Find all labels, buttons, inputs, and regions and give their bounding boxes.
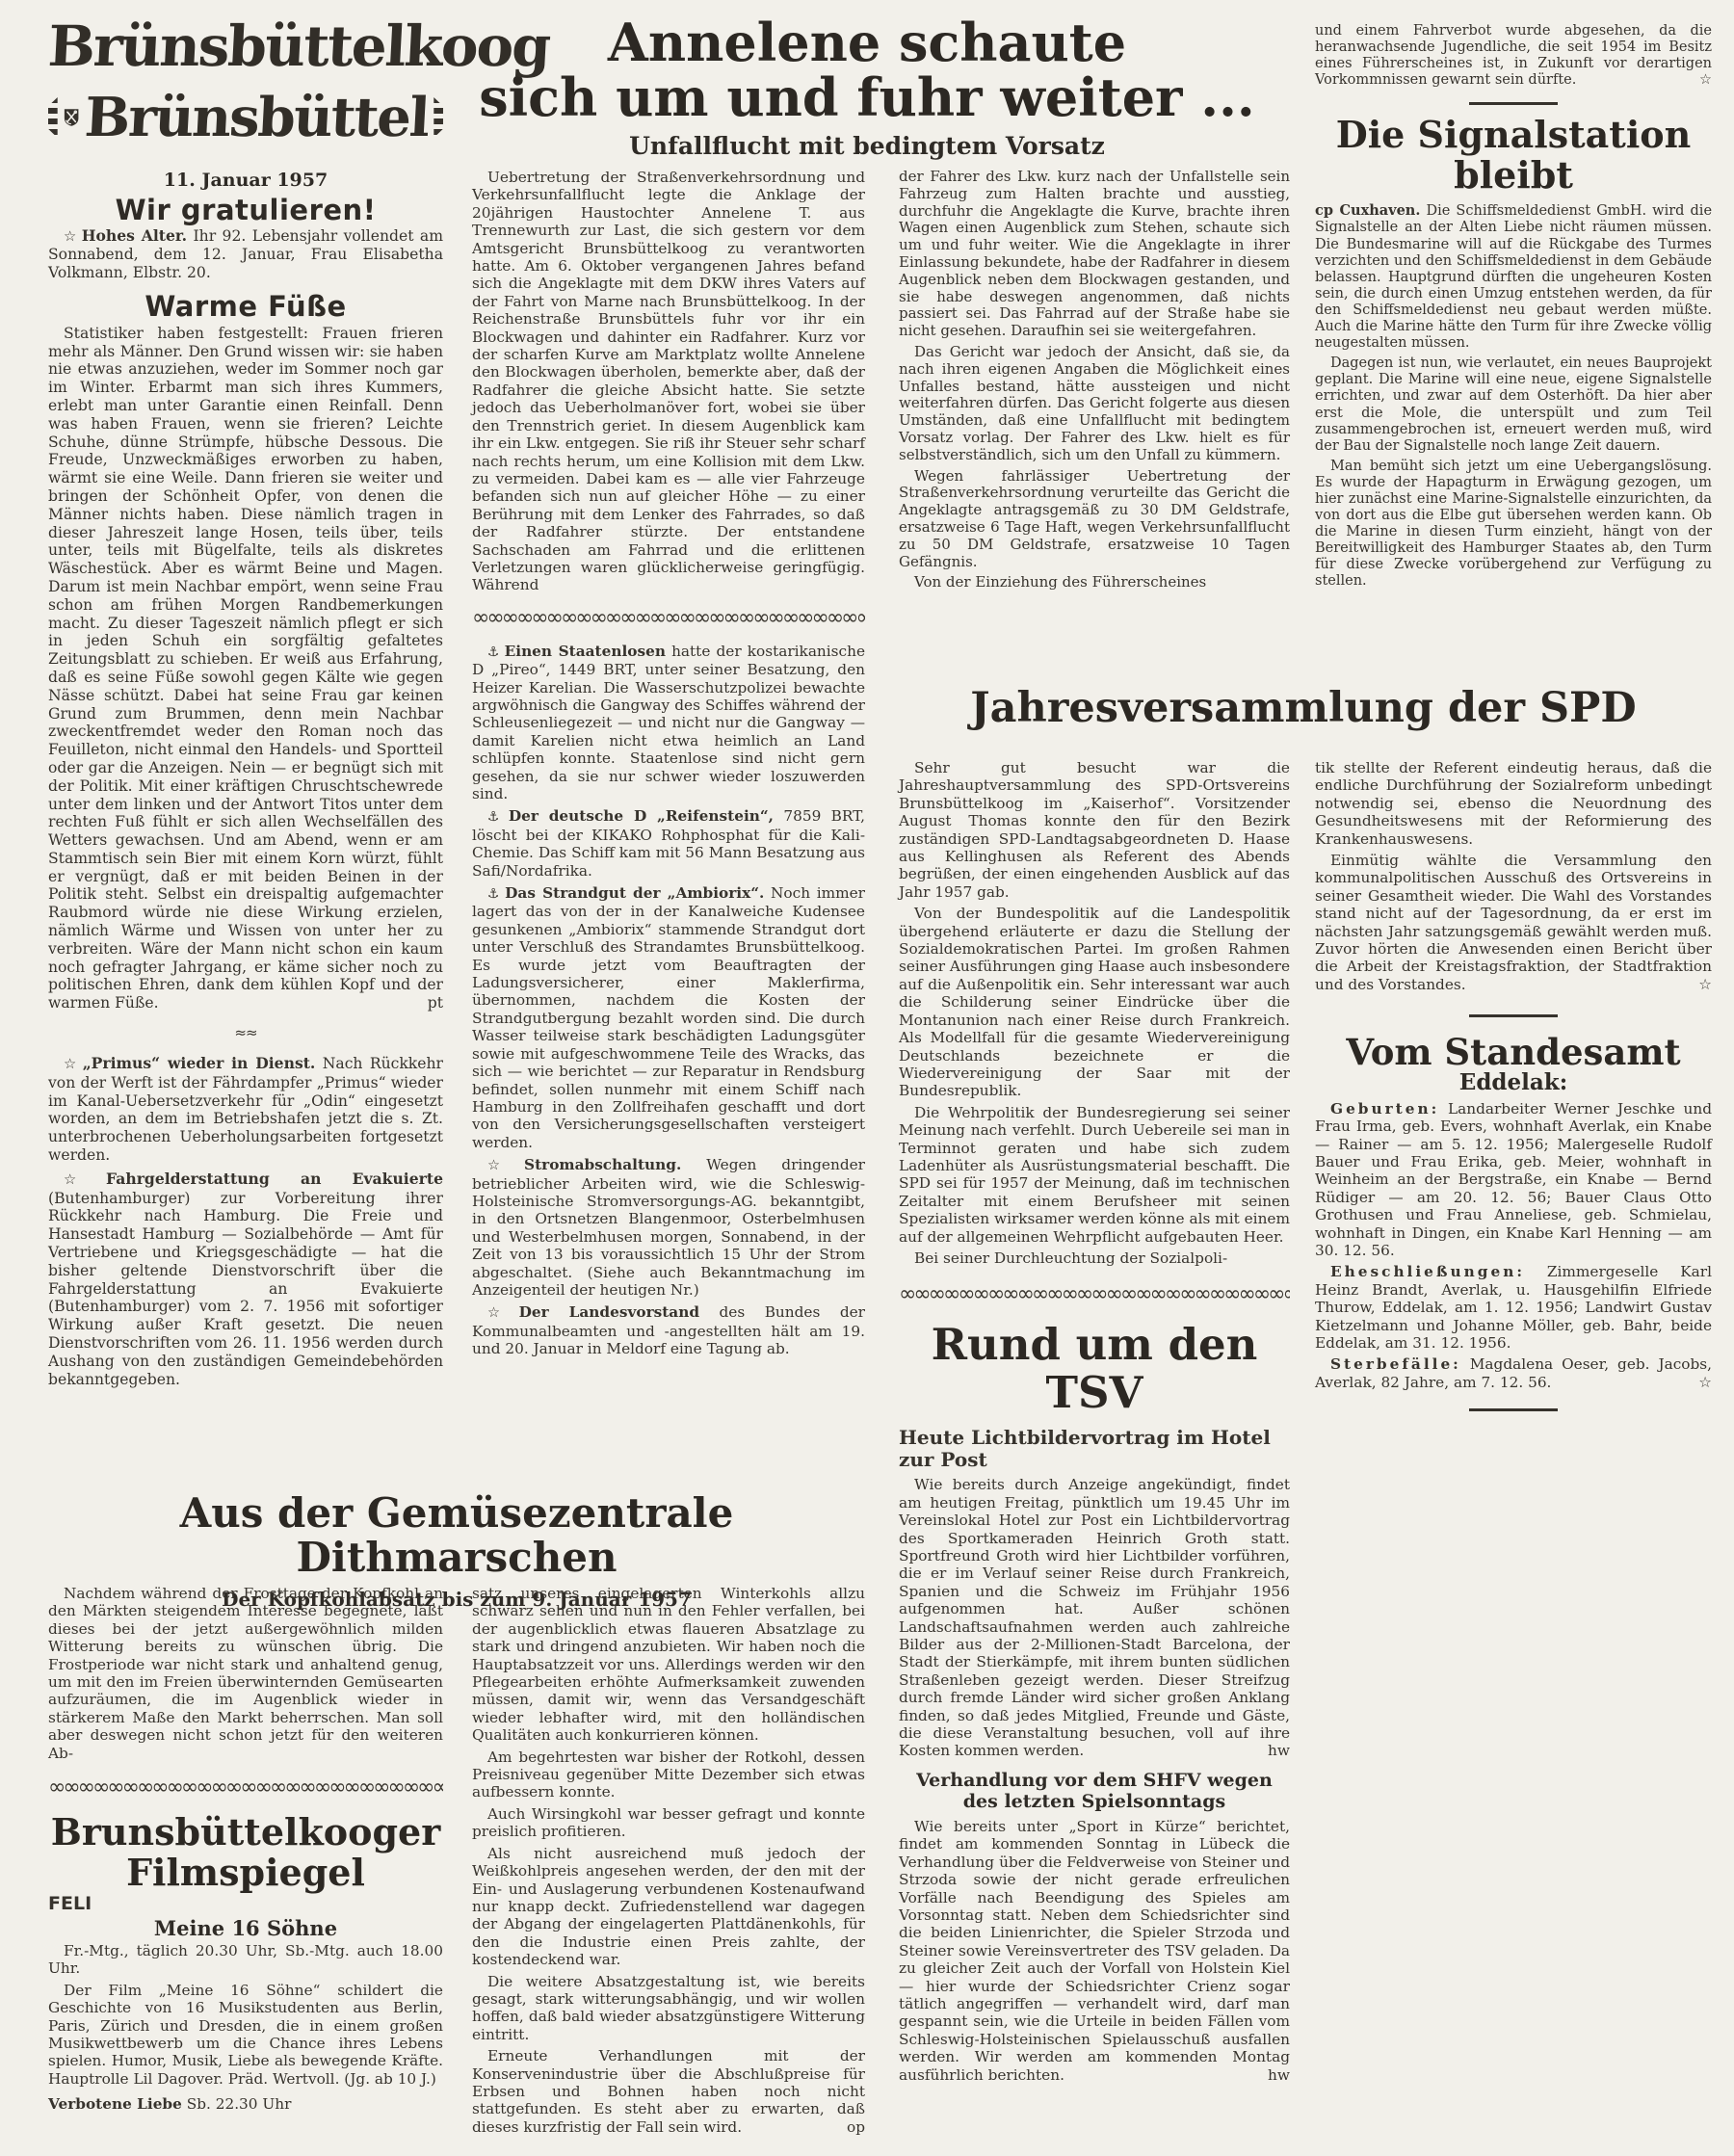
verdict-continuation-text: und einem Fahrverbot wurde abgesehen, da… [1315,23,1712,88]
tsv-article-1-signature: hw [1243,1742,1290,1759]
local-note-item: ☆Der Landesvorstand des Bundes der Kommu… [472,1303,865,1357]
ship-news-item: ⚓Das Strandgut der „Ambiorix“. Noch imme… [472,884,865,1151]
deaths-paragraph: Sterbefälle: Magdalena Oeser, geb. Jacob… [1315,1355,1712,1391]
main-headline-line2: sich um und fuhr weiter ... [443,70,1291,125]
speedline-right-decoration [433,97,443,138]
spd-col4-para: tik stellte der Referent eindeutig herau… [1315,759,1712,848]
gratulieren-heading: Wir gratulieren! [48,201,443,220]
spd-col3-para: Bei seiner Durchleuchtung der Sozialpoli… [899,1249,1290,1267]
deaths-label: Sterbefälle: [1330,1355,1461,1373]
rope-ornament-divider [899,1284,1290,1305]
gemuese-col2-last-text: Erneute Verhandlungen mit der Konserveni… [472,2047,865,2136]
film-footer-time: Sb. 22.30 Uhr [187,2095,292,2113]
gemuese-col2-para: Am begehrtesten war bisher der Rotkohl, … [472,1748,865,1801]
warme-fuesse-article: Statistiker haben festgestellt: Frauen f… [48,325,443,1012]
short-rule-divider [1469,1014,1558,1017]
fahrgeld-item: ☆Fahrgelderstattung an Evakuierte (Buten… [48,1170,443,1389]
births-text: Landarbeiter Werner Jeschke und Frau Irm… [1315,1100,1712,1259]
star-icon: ☆ [1683,1374,1712,1391]
tsv-article-1-text: Wie bereits durch Anzeige angekündigt, f… [899,1476,1290,1759]
ship-item-lead: Das Strandgut der „Ambiorix“. [505,884,764,902]
column-4-lower: tik stellte der Referent eindeutig herau… [1315,759,1712,1411]
warme-fuesse-heading: Warme Füße [48,298,443,316]
spd-section-heading: Jahresversammlung der SPD [899,686,1708,730]
newspaper-page: { "colors":{"paper":"#f2f0ea","ink":"#37… [0,0,1734,2156]
main-headline-block: Annelene schaute sich um und fuhr weiter… [443,15,1291,160]
accident-col3-para: Von der Einziehung des Führerscheines [899,574,1290,592]
accident-col3-para: der Fahrer des Lkw. kurz nach der Unfall… [899,169,1290,340]
tsv-article-2-text: Wie bereits unter „Sport in Kürze“ beric… [899,1818,1290,2084]
star-icon: ☆ [1683,976,1712,993]
gratulieren-item: ☆Hohes Alter. Ihr 92. Lebensjahr vollend… [48,227,443,282]
signalstation-dateline: cp Cuxhaven. [1315,202,1420,219]
squiggle-divider [48,1026,443,1039]
marriages-label: Eheschließungen: [1330,1263,1525,1280]
gemuese-col2-para: Die weitere Absatzgestaltung ist, wie be… [472,1973,865,2044]
short-rule-divider [1469,102,1558,105]
gemuese-col2-para: Auch Wirsingkohl war besser gefragt und … [472,1805,865,1841]
ship-anchor-icon: ⚓ [487,886,505,902]
ship-news-item: ⚓Einen Staatenlosen hatte der kostarikan… [472,643,865,803]
tsv-article-2-signature: hw [1243,2066,1290,2084]
short-rule-divider [1469,1408,1558,1411]
star-icon: ☆ [64,1056,83,1072]
accident-col3-para: Wegen fahrlässiger Uebertretung der Stra… [899,468,1290,571]
signalstation-para: Man bemüht sich jetzt um eine Uebergangs… [1315,459,1712,591]
ship-item-lead: Der deutsche D „Reifenstein“, [509,807,774,825]
marriages-paragraph: Eheschließungen: Zimmergeselle Karl Hein… [1315,1263,1712,1352]
film-footer-line: Verbotene Liebe Sb. 22.30 Uhr [48,2095,443,2113]
star-icon: ☆ [64,228,82,245]
signalstation-para: Dagegen ist nun, wie verlautet, ein neue… [1315,355,1712,455]
signalstation-heading: Die Signalstation bleibt [1315,115,1712,196]
warme-fuesse-text: Statistiker haben festgestellt: Frauen f… [48,325,443,1012]
column-2-lower: satz unseres eingelagerten Winterkohls a… [472,1585,865,2136]
speedline-left-decoration [48,97,58,138]
main-headline-line1: Annelene schaute [443,15,1291,70]
tsv-article-2: Wie bereits unter „Sport in Kürze“ beric… [899,1818,1290,2084]
star-icon: ☆ [487,1158,524,1173]
film-schedule: Fr.-Mtg., täglich 20.30 Uhr, Sb.-Mtg. au… [48,1942,443,1978]
column-1-upper: Brünsbüttelkoog Brünsbüttel 11. Januar 1… [48,17,443,1388]
filmspiegel-heading: Brunsbüttelkooger Filmspiegel [48,1812,443,1893]
accident-col3-para: Das Gericht war jedoch der Ansicht, daß … [899,344,1290,464]
note-lead: Der Landesvorstand [519,1303,699,1321]
column-4-upper: und einem Fahrverbot wurde abgesehen, da… [1315,23,1712,591]
spd-col3-para: Von der Bundespolitik auf die Landespoli… [899,905,1290,1099]
gemuese-col2-para: Erneute Verhandlungen mit der Konserveni… [472,2047,865,2136]
column-2-upper: Uebertretung der Straßenverkehrsordnung … [472,169,865,1358]
star-icon: ☆ [64,1171,106,1188]
film-title: Meine 16 Söhne [48,1920,443,1937]
spd-col3-para: Sehr gut besucht war die Jahreshauptvers… [899,759,1290,901]
signalstation-para-text: Die Schiffsmeldedienst GmbH. wird die Si… [1315,203,1712,351]
rope-ornament-divider [48,1777,443,1799]
standesamt-place: Eddelak: [1315,1074,1712,1091]
tsv-subhead-2: Verhandlung vor dem SHFV wegen des letzt… [899,1770,1290,1812]
masthead: Brünsbüttelkoog Brünsbüttel 11. Januar 1… [48,17,443,190]
verdict-continuation: und einem Fahrverbot wurde abgesehen, da… [1315,23,1712,89]
note-text: Wegen dringender betrieblicher Arbeiten … [472,1156,865,1299]
standesamt-heading: Vom Standesamt [1315,1033,1712,1072]
spd-col4-para-text: Einmütig wählte die Versammlung den komm… [1315,852,1712,993]
spd-col4-para: Einmütig wählte die Versammlung den komm… [1315,852,1712,993]
fahrgeld-text: (Butenhamburger) zur Vorbereitung ihrer … [48,1190,443,1388]
masthead-title-row: Brünsbüttel [48,77,443,158]
column-3-lower: Sehr gut besucht war die Jahreshauptvers… [899,759,1290,2084]
births-label: Geburten: [1330,1100,1439,1117]
note-lead: Stromabschaltung. [524,1156,681,1173]
primus-lead: „Primus“ wieder in Dienst. [83,1054,316,1072]
star-icon: ☆ [487,1305,519,1321]
tsv-article-1: Wie bereits durch Anzeige angekündigt, f… [899,1476,1290,1760]
gemuese-heading: Aus der Gemüsezentrale Dithmarschen [48,1491,865,1580]
ship-item-text: hatte der kostarikanische D „Pireo“, 144… [472,643,865,802]
rope-ornament-divider [472,608,865,629]
masthead-title-line1: Brünsbüttelkoog [46,17,444,75]
ship-anchor-icon: ⚓ [487,644,505,660]
signalstation-para: cp Cuxhaven. Die Schiffsmeldedienst GmbH… [1315,202,1712,352]
anchor-shield-icon [64,77,79,158]
gratulieren-lead: Hohes Alter. [82,226,187,245]
accident-col2-text: Uebertretung der Straßenverkehrsordnung … [472,169,865,594]
local-note-item: ☆Stromabschaltung. Wegen dringender betr… [472,1156,865,1299]
births-paragraph: Geburten: Landarbeiter Werner Jeschke un… [1315,1100,1712,1260]
spd-col3-para: Die Wehrpolitik der Bundesregierung sei … [899,1104,1290,1246]
film-description: Der Film „Meine 16 Söhne“ schildert die … [48,1982,443,2088]
star-icon: ☆ [1699,72,1712,89]
gemuese-col2-para: Als nicht ausreichend muß jedoch der Wei… [472,1845,865,1969]
film-footer-title: Verbotene Liebe [48,2095,182,2113]
masthead-title-line2: Brünsbüttel [83,88,430,147]
cinema-name: FELI [48,1895,443,1912]
gemuese-signature: op [822,2118,865,2136]
ship-item-lead: Einen Staatenlosen [505,643,666,660]
fahrgeld-lead: Fahrgelderstattung an Evakuierte [106,1170,443,1188]
ship-news-item: ⚓Der deutsche D „Reifenstein“, 7859 BRT,… [472,807,865,880]
warme-fuesse-signature: pt [403,994,443,1012]
column-3-upper: der Fahrer des Lkw. kurz nach der Unfall… [899,169,1290,592]
column-1-lower: Nachdem während der Frosttage der Kopfko… [48,1585,443,2114]
tsv-section-heading: Rund um den TSV [899,1321,1290,1417]
ship-anchor-icon: ⚓ [487,809,509,825]
main-headline-subhead: Unfallflucht mit bedingtem Vorsatz [443,132,1291,160]
primus-item: ☆„Primus“ wieder in Dienst. Nach Rückkeh… [48,1055,443,1165]
gemuese-col2-para: satz unseres eingelagerten Winterkohls a… [472,1585,865,1745]
gemuese-col1-text: Nachdem während der Frosttage der Kopfko… [48,1585,443,1762]
tsv-subhead-1: Heute Lichtbildervortrag im Hotel zur Po… [899,1427,1290,1471]
ship-item-text: Noch immer lagert das von der in der Kan… [472,884,865,1151]
issue-date: 11. Januar 1957 [48,171,443,190]
